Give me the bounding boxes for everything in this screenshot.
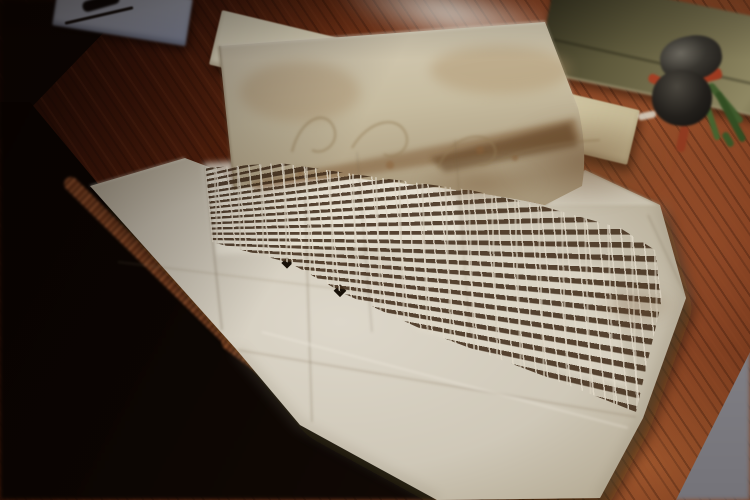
photo-parchment-on-desk: 38 — [0, 0, 750, 500]
vignette — [0, 0, 750, 500]
